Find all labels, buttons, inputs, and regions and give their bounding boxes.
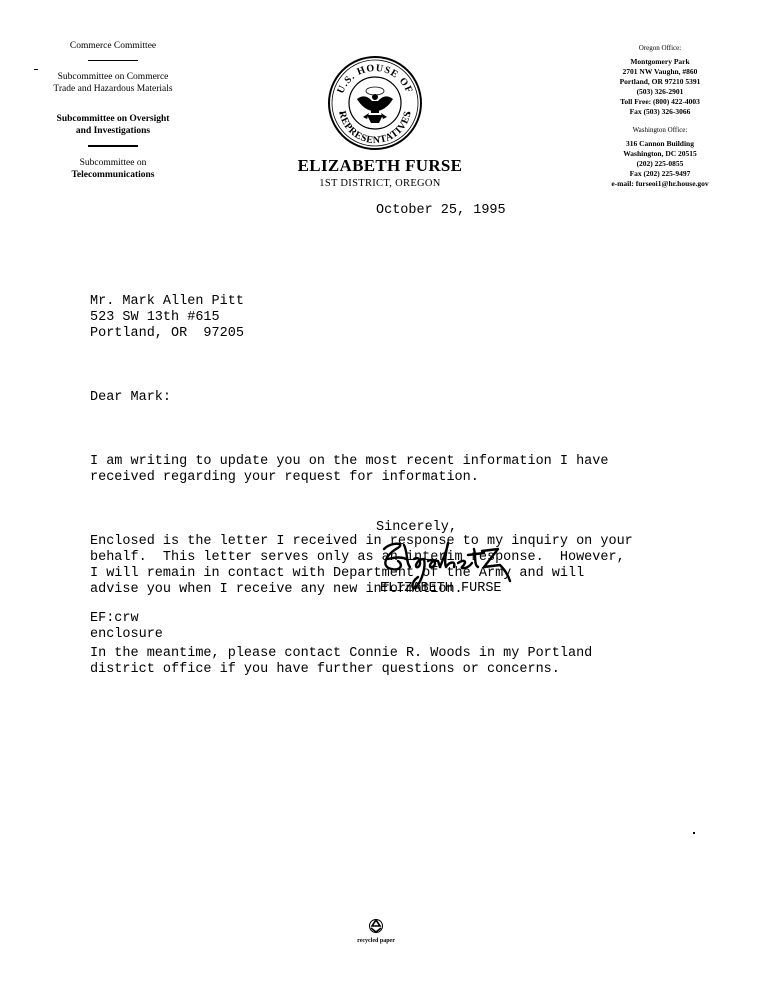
subcommittee-telecom-line1: Subcommittee on — [28, 157, 198, 169]
washington-office-phone: (202) 225-0855 — [598, 159, 722, 169]
body-paragraph: In the meantime, please contact Connie R… — [90, 646, 710, 678]
subcommittee-commerce-line1: Subcommittee on Commerce — [28, 71, 198, 83]
oregon-office-line: Montgomery Park — [598, 57, 722, 67]
recipient-name: Mr. Mark Allen Pitt — [90, 294, 710, 310]
oregon-office-tollfree: Toll Free: (800) 422-4003 — [598, 97, 722, 107]
salutation: Dear Mark: — [90, 390, 710, 406]
oregon-office-phone: (503) 326-2901 — [598, 87, 722, 97]
letter-body: Mr. Mark Allen Pitt523 SW 13th #615Portl… — [90, 262, 710, 694]
washington-office-line: Washington, DC 20515 — [598, 149, 722, 159]
oregon-office: Oregon Office: Montgomery Park 2701 NW V… — [598, 43, 722, 117]
recipient-city: Portland, OR 97205 — [90, 326, 710, 342]
oregon-office-line: 2701 NW Vaughn, #860 — [598, 67, 722, 77]
committee-list: Commerce Committee Subcommittee on Comme… — [28, 40, 198, 181]
divider — [88, 145, 138, 147]
reference-block: EF:crw enclosure — [90, 611, 163, 643]
recycled-paper-label: recycled paper — [340, 938, 412, 944]
scan-artifact — [693, 832, 695, 834]
subcommittee-commerce-line2: Trade and Hazardous Materials — [28, 83, 198, 95]
scan-artifact — [34, 69, 38, 70]
washington-office-line: 316 Cannon Building — [598, 139, 722, 149]
signer-name: ELIZABETH FURSE — [380, 581, 502, 596]
recipient-street: 523 SW 13th #615 — [90, 310, 710, 326]
reference-initials: EF:crw — [90, 611, 163, 627]
member-name: ELIZABETH FURSE — [280, 156, 480, 176]
enclosure-note: enclosure — [90, 627, 163, 643]
subcommittee-oversight-line1: Subcommittee on Oversight — [28, 113, 198, 125]
letter-date: October 25, 1995 — [376, 203, 506, 218]
divider — [88, 60, 138, 61]
washington-office-fax: Fax (202) 225-9497 — [598, 169, 722, 179]
house-of-representatives-seal-icon: U.S. HOUSE OF REPRESENTATIVES — [327, 55, 423, 151]
svg-text:U.S. HOUSE OF: U.S. HOUSE OF — [335, 63, 414, 96]
washington-office: Washington Office: 316 Cannon Building W… — [598, 125, 722, 189]
subcommittee-telecom-line2: Telecommunications — [28, 169, 198, 181]
oregon-office-line: Portland, OR 97210 5391 — [598, 77, 722, 87]
oregon-office-fax: Fax (503) 326-3066 — [598, 107, 722, 117]
recycle-icon — [368, 918, 384, 934]
oregon-office-heading: Oregon Office: — [598, 43, 722, 53]
district-label: 1ST DISTRICT, OREGON — [280, 178, 480, 189]
office-addresses: Oregon Office: Montgomery Park 2701 NW V… — [598, 43, 722, 197]
spacer — [28, 95, 198, 113]
closing: Sincerely, — [376, 520, 457, 535]
subcommittee-oversight-line2: and Investigations — [28, 125, 198, 137]
washington-office-heading: Washington Office: — [598, 125, 722, 135]
washington-office-email: e-mail: furseoi1@hr.house.gov — [598, 179, 722, 189]
body-paragraph: I am writing to update you on the most r… — [90, 454, 710, 486]
committee-name: Commerce Committee — [28, 40, 198, 52]
recipient-address: Mr. Mark Allen Pitt523 SW 13th #615Portl… — [90, 294, 710, 342]
